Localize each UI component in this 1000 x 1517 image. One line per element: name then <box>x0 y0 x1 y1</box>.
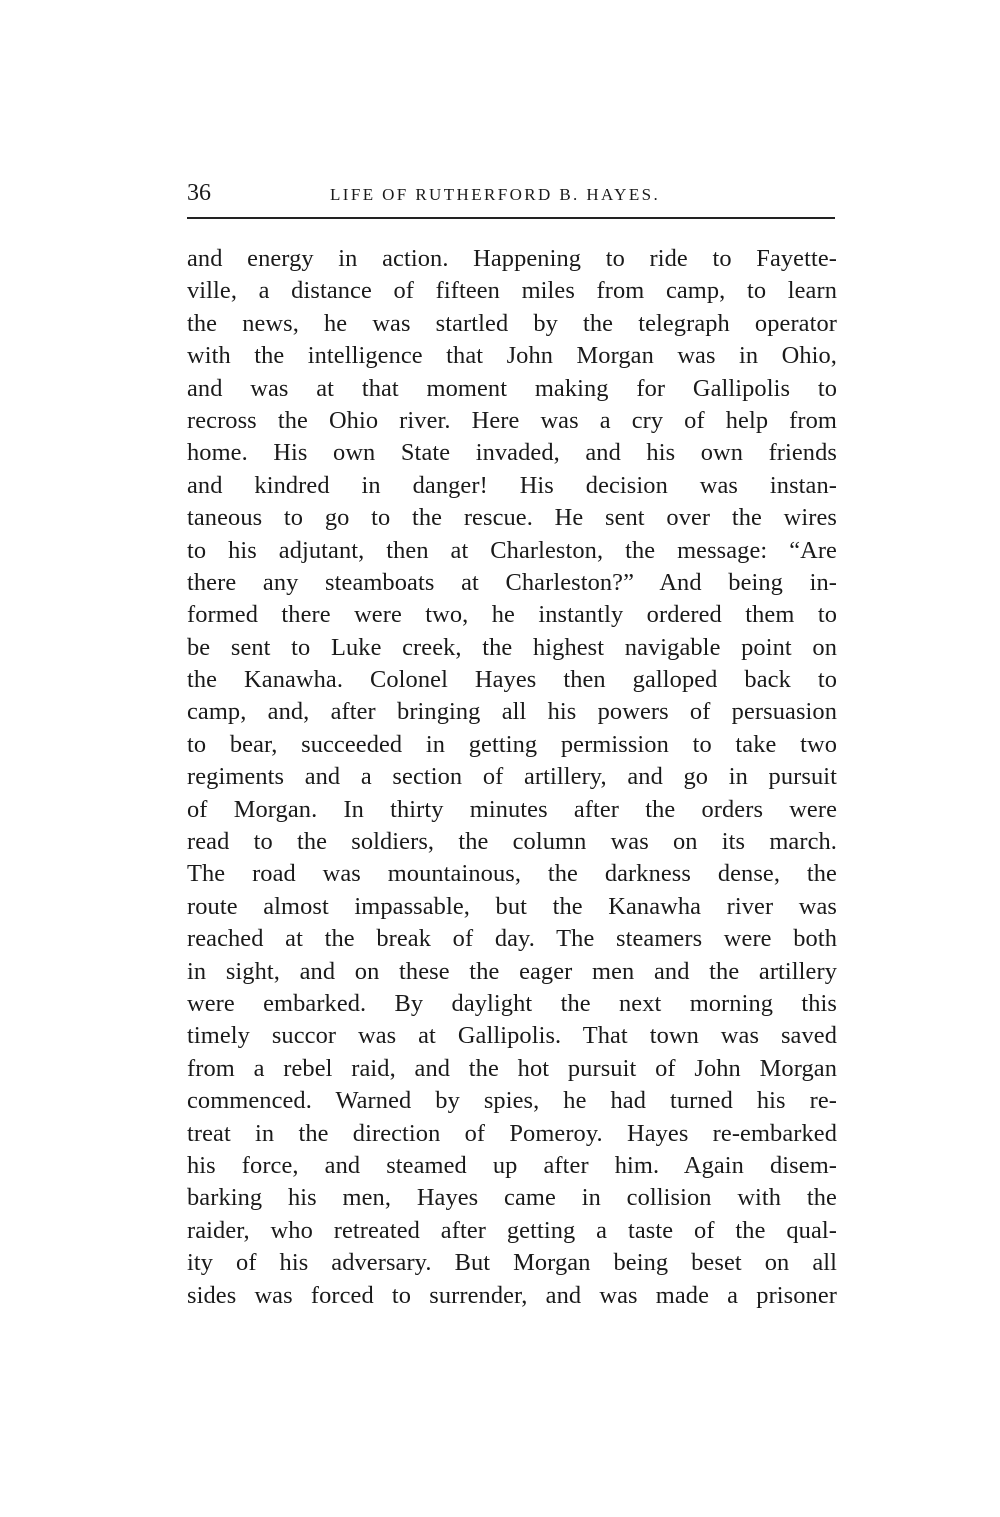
text-line: ville, a distance of fifteen miles from … <box>187 275 837 307</box>
text-line: be sent to Luke creek, the highest navig… <box>187 632 837 664</box>
text-line: read to the soldiers, the column was on … <box>187 826 837 858</box>
text-line: and energy in action. Happening to ride … <box>187 243 837 275</box>
text-line: in sight, and on these the eager men and… <box>187 956 837 988</box>
text-line: formed there were two, he instantly orde… <box>187 599 837 631</box>
text-line: to bear, succeeded in getting permission… <box>187 729 837 761</box>
text-line: raider, who retreated after getting a ta… <box>187 1215 837 1247</box>
text-line: the Kanawha. Colonel Hayes then galloped… <box>187 664 837 696</box>
text-line: timely succor was at Gallipolis. That to… <box>187 1020 837 1052</box>
text-line: to his adjutant, then at Charleston, the… <box>187 535 837 567</box>
text-line: reached at the break of day. The steamer… <box>187 923 837 955</box>
text-line: with the intelligence that John Morgan w… <box>187 340 837 372</box>
running-title: LIFE OF RUTHERFORD B. HAYES. <box>330 185 660 205</box>
book-page: 36 LIFE OF RUTHERFORD B. HAYES. and ener… <box>187 178 837 212</box>
text-line: home. His own State invaded, and his own… <box>187 437 837 469</box>
text-line: ity of his adversary. But Morgan being b… <box>187 1247 837 1279</box>
page-number: 36 <box>187 180 211 207</box>
text-line: of Morgan. In thirty minutes after the o… <box>187 794 837 826</box>
text-line: his force, and steamed up after him. Aga… <box>187 1150 837 1182</box>
text-line: recross the Ohio river. Here was a cry o… <box>187 405 837 437</box>
text-line: treat in the direction of Pomeroy. Hayes… <box>187 1118 837 1150</box>
text-line: commenced. Warned by spies, he had turne… <box>187 1085 837 1117</box>
text-line: The road was mountainous, the darkness d… <box>187 858 837 890</box>
text-line: the news, he was startled by the telegra… <box>187 308 837 340</box>
text-line: from a rebel raid, and the hot pursuit o… <box>187 1053 837 1085</box>
text-line: and was at that moment making for Gallip… <box>187 373 837 405</box>
running-head: 36 LIFE OF RUTHERFORD B. HAYES. <box>187 178 837 212</box>
text-line: barking his men, Hayes came in collision… <box>187 1182 837 1214</box>
body-paragraph: and energy in action. Happening to ride … <box>187 243 837 1312</box>
text-line: regiments and a section of artillery, an… <box>187 761 837 793</box>
text-line: and kindred in danger! His decision was … <box>187 470 837 502</box>
text-line: there any steamboats at Charleston?” And… <box>187 567 837 599</box>
text-line: taneous to go to the rescue. He sent ove… <box>187 502 837 534</box>
text-line: camp, and, after bringing all his powers… <box>187 696 837 728</box>
text-line: route almost impassable, but the Kanawha… <box>187 891 837 923</box>
text-line: sides was forced to surrender, and was m… <box>187 1280 837 1312</box>
text-line: were embarked. By daylight the next morn… <box>187 988 837 1020</box>
header-rule <box>187 217 835 219</box>
